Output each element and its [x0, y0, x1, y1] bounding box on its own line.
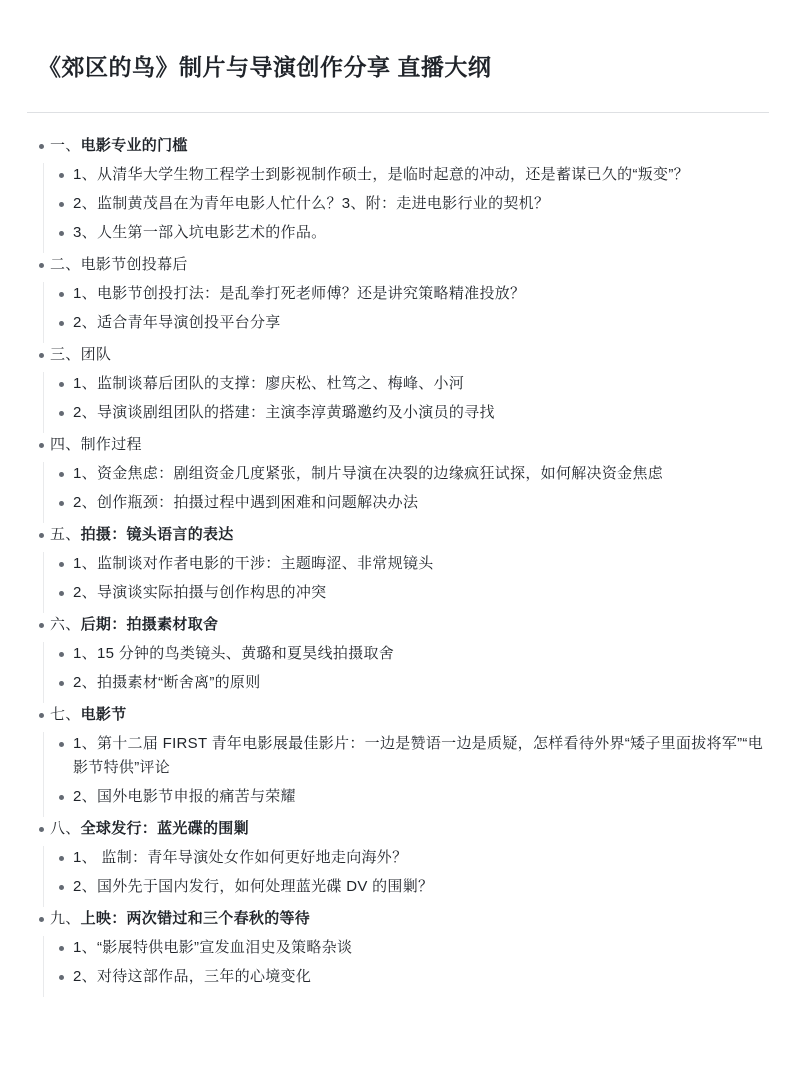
outline-section: 二、电影节创投幕后 1、电影节创投打法：是乱拳打死老师傅？还是讲究策略精准投放？… — [27, 253, 769, 343]
section-title: 后期：拍摄素材取舍 — [81, 616, 219, 633]
bullet-icon — [59, 173, 64, 178]
outline-item[interactable]: 1、监制谈幕后团队的支撑：廖庆松、杜笃之、梅峰、小河 — [44, 372, 769, 396]
section-items-list: 1、第十二届 FIRST 青年电影展最佳影片：一边是赞语一边是质疑，怎样看待外界… — [43, 732, 769, 817]
outline-item[interactable]: 1、监制谈对作者电影的干涉：主题晦涩、非常规镜头 — [44, 552, 769, 576]
section-items-list: 1、监制谈幕后团队的支撑：廖庆松、杜笃之、梅峰、小河 2、导演谈剧组团队的搭建：… — [43, 372, 769, 433]
outline-section: 八、全球发行：蓝光碟的围剿 1、 监制：青年导演处女作如何更好地走向海外？ 2、… — [27, 817, 769, 907]
section-title: 电影节创投幕后 — [81, 256, 188, 273]
outline-item-text: 1、“影展特供电影”宣发血泪史及策略杂谈 — [73, 939, 352, 956]
section-items-list: 1、监制谈对作者电影的干涉：主题晦涩、非常规镜头 2、导演谈实际拍摄与创作构思的… — [43, 552, 769, 613]
outline-item-text: 2、导演谈剧组团队的搭建：主演李淳黄璐邀约及小演员的寻找 — [73, 404, 495, 421]
bullet-icon — [59, 292, 64, 297]
section-heading-line[interactable]: 一、电影专业的门槛 — [27, 134, 769, 158]
outline-item[interactable]: 2、国外电影节申报的痛苦与荣耀 — [44, 785, 769, 809]
section-items-list: 1、 监制：青年导演处女作如何更好地走向海外？ 2、国外先于国内发行，如何处理蓝… — [43, 846, 769, 907]
outline-item-text: 2、国外电影节申报的痛苦与荣耀 — [73, 788, 296, 805]
section-title: 电影节 — [81, 706, 127, 723]
outline-item-text: 2、拍摄素材“断舍离”的原则 — [73, 674, 261, 691]
outline-item-text: 1、监制谈幕后团队的支撑：廖庆松、杜笃之、梅峰、小河 — [73, 375, 464, 392]
bullet-icon — [59, 795, 64, 800]
bullet-icon — [59, 501, 64, 506]
outline-item-text: 1、从清华大学生物工程学士到影视制作硕士，是临时起意的冲动，还是蓄谋已久的“叛变… — [73, 166, 689, 183]
bullet-icon — [59, 975, 64, 980]
outline-item[interactable]: 2、拍摄素材“断舍离”的原则 — [44, 671, 769, 695]
outline-item-text: 2、监制黄茂昌在为青年电影人忙什么？3、附：走进电影行业的契机？ — [73, 195, 549, 212]
section-items-list: 1、资金焦虑：剧组资金几度紧张，制片导演在决裂的边缘疯狂试探，如何解决资金焦虑 … — [43, 462, 769, 523]
section-items-list: 1、电影节创投打法：是乱拳打死老师傅？还是讲究策略精准投放？ 2、适合青年导演创… — [43, 282, 769, 343]
outline-item[interactable]: 1、“影展特供电影”宣发血泪史及策略杂谈 — [44, 936, 769, 960]
outline-item-text: 1、资金焦虑：剧组资金几度紧张，制片导演在决裂的边缘疯狂试探，如何解决资金焦虑 — [73, 465, 663, 482]
outline-section: 七、电影节 1、第十二届 FIRST 青年电影展最佳影片：一边是赞语一边是质疑，… — [27, 703, 769, 817]
section-title: 上映：两次错过和三个春秋的等待 — [81, 910, 311, 927]
outline-item[interactable]: 2、监制黄茂昌在为青年电影人忙什么？3、附：走进电影行业的契机？ — [44, 192, 769, 216]
section-heading-line[interactable]: 九、上映：两次错过和三个春秋的等待 — [27, 907, 769, 931]
outline-item-text: 3、人生第一部入坑电影艺术的作品。 — [73, 224, 326, 241]
bullet-icon — [59, 382, 64, 387]
section-heading-line[interactable]: 五、拍摄：镜头语言的表达 — [27, 523, 769, 547]
bullet-icon — [59, 742, 64, 747]
outline-item[interactable]: 2、导演谈剧组团队的搭建：主演李淳黄璐邀约及小演员的寻找 — [44, 401, 769, 425]
section-title: 制作过程 — [81, 436, 142, 453]
section-number: 八、 — [50, 820, 81, 837]
outline-item[interactable]: 2、国外先于国内发行，如何处理蓝光碟 DV 的围剿？ — [44, 875, 769, 899]
section-heading-line[interactable]: 七、电影节 — [27, 703, 769, 727]
section-title: 拍摄：镜头语言的表达 — [81, 526, 234, 543]
page-title: 《郊区的鸟》制片与导演创作分享 直播大纲 — [38, 52, 769, 82]
outline-item-text: 2、创作瓶颈：拍摄过程中遇到困难和问题解决办法 — [73, 494, 418, 511]
section-number: 五、 — [50, 526, 81, 543]
bullet-icon — [39, 827, 44, 832]
outline-section: 五、拍摄：镜头语言的表达 1、监制谈对作者电影的干涉：主题晦涩、非常规镜头 2、… — [27, 523, 769, 613]
outline-section: 四、制作过程 1、资金焦虑：剧组资金几度紧张，制片导演在决裂的边缘疯狂试探，如何… — [27, 433, 769, 523]
outline-item-text: 2、对待这部作品，三年的心境变化 — [73, 968, 311, 985]
outline-item[interactable]: 1、资金焦虑：剧组资金几度紧张，制片导演在决裂的边缘疯狂试探，如何解决资金焦虑 — [44, 462, 769, 486]
section-title: 团队 — [81, 346, 112, 363]
outline-item-text: 1、电影节创投打法：是乱拳打死老师傅？还是讲究策略精准投放？ — [73, 285, 525, 302]
section-number: 六、 — [50, 616, 81, 633]
section-number: 七、 — [50, 706, 81, 723]
bullet-icon — [59, 231, 64, 236]
outline-item-text: 1、第十二届 FIRST 青年电影展最佳影片：一边是赞语一边是质疑，怎样看待外界… — [73, 735, 763, 776]
outline-list: 一、电影专业的门槛 1、从清华大学生物工程学士到影视制作硕士，是临时起意的冲动，… — [27, 134, 769, 997]
section-heading-line[interactable]: 二、电影节创投幕后 — [27, 253, 769, 277]
outline-item-text: 2、导演谈实际拍摄与创作构思的冲突 — [73, 584, 326, 601]
outline-item[interactable]: 1、电影节创投打法：是乱拳打死老师傅？还是讲究策略精准投放？ — [44, 282, 769, 306]
bullet-icon — [59, 856, 64, 861]
bullet-icon — [59, 202, 64, 207]
outline-item[interactable]: 1、15 分钟的鸟类镜头、黄璐和夏昊线拍摄取舍 — [44, 642, 769, 666]
outline-item[interactable]: 2、导演谈实际拍摄与创作构思的冲突 — [44, 581, 769, 605]
outline-item[interactable]: 3、人生第一部入坑电影艺术的作品。 — [44, 221, 769, 245]
bullet-icon — [59, 946, 64, 951]
outline-item[interactable]: 2、创作瓶颈：拍摄过程中遇到困难和问题解决办法 — [44, 491, 769, 515]
section-number: 二、 — [50, 256, 81, 273]
section-number: 三、 — [50, 346, 81, 363]
bullet-icon — [39, 533, 44, 538]
bullet-icon — [39, 263, 44, 268]
outline-item[interactable]: 2、适合青年导演创投平台分享 — [44, 311, 769, 335]
bullet-icon — [59, 411, 64, 416]
outline-section: 三、团队 1、监制谈幕后团队的支撑：廖庆松、杜笃之、梅峰、小河 2、导演谈剧组团… — [27, 343, 769, 433]
bullet-icon — [59, 681, 64, 686]
outline-item[interactable]: 1、从清华大学生物工程学士到影视制作硕士，是临时起意的冲动，还是蓄谋已久的“叛变… — [44, 163, 769, 187]
section-heading-line[interactable]: 三、团队 — [27, 343, 769, 367]
outline-section: 一、电影专业的门槛 1、从清华大学生物工程学士到影视制作硕士，是临时起意的冲动，… — [27, 134, 769, 253]
bullet-icon — [59, 591, 64, 596]
outline-item-text: 1、 监制：青年导演处女作如何更好地走向海外？ — [73, 849, 407, 866]
outline-item[interactable]: 2、对待这部作品，三年的心境变化 — [44, 965, 769, 989]
outline-item-text: 1、监制谈对作者电影的干涉：主题晦涩、非常规镜头 — [73, 555, 434, 572]
bullet-icon — [39, 353, 44, 358]
document-page: 《郊区的鸟》制片与导演创作分享 直播大纲 一、电影专业的门槛 1、从清华大学生物… — [0, 0, 796, 997]
outline-item-text: 1、15 分钟的鸟类镜头、黄璐和夏昊线拍摄取舍 — [73, 645, 394, 662]
bullet-icon — [59, 652, 64, 657]
outline-item[interactable]: 1、 监制：青年导演处女作如何更好地走向海外？ — [44, 846, 769, 870]
outline-item-text: 2、国外先于国内发行，如何处理蓝光碟 DV 的围剿？ — [73, 878, 433, 895]
section-number: 一、 — [50, 137, 81, 154]
bullet-icon — [59, 472, 64, 477]
bullet-icon — [39, 623, 44, 628]
section-items-list: 1、“影展特供电影”宣发血泪史及策略杂谈 2、对待这部作品，三年的心境变化 — [43, 936, 769, 997]
section-heading-line[interactable]: 六、后期：拍摄素材取舍 — [27, 613, 769, 637]
bullet-icon — [39, 713, 44, 718]
bullet-icon — [59, 321, 64, 326]
section-number: 四、 — [50, 436, 81, 453]
divider — [27, 112, 769, 113]
bullet-icon — [39, 443, 44, 448]
bullet-icon — [39, 144, 44, 149]
section-title: 全球发行：蓝光碟的围剿 — [81, 820, 249, 837]
outline-item[interactable]: 1、第十二届 FIRST 青年电影展最佳影片：一边是赞语一边是质疑，怎样看待外界… — [44, 732, 769, 780]
section-heading-line[interactable]: 四、制作过程 — [27, 433, 769, 457]
bullet-icon — [59, 562, 64, 567]
outline-item-text: 2、适合青年导演创投平台分享 — [73, 314, 281, 331]
outline-section: 六、后期：拍摄素材取舍 1、15 分钟的鸟类镜头、黄璐和夏昊线拍摄取舍 2、拍摄… — [27, 613, 769, 703]
section-items-list: 1、15 分钟的鸟类镜头、黄璐和夏昊线拍摄取舍 2、拍摄素材“断舍离”的原则 — [43, 642, 769, 703]
section-title: 电影专业的门槛 — [81, 137, 188, 154]
section-heading-line[interactable]: 八、全球发行：蓝光碟的围剿 — [27, 817, 769, 841]
section-items-list: 1、从清华大学生物工程学士到影视制作硕士，是临时起意的冲动，还是蓄谋已久的“叛变… — [43, 163, 769, 253]
bullet-icon — [39, 917, 44, 922]
bullet-icon — [59, 885, 64, 890]
section-number: 九、 — [50, 910, 81, 927]
outline-section: 九、上映：两次错过和三个春秋的等待 1、“影展特供电影”宣发血泪史及策略杂谈 2… — [27, 907, 769, 997]
